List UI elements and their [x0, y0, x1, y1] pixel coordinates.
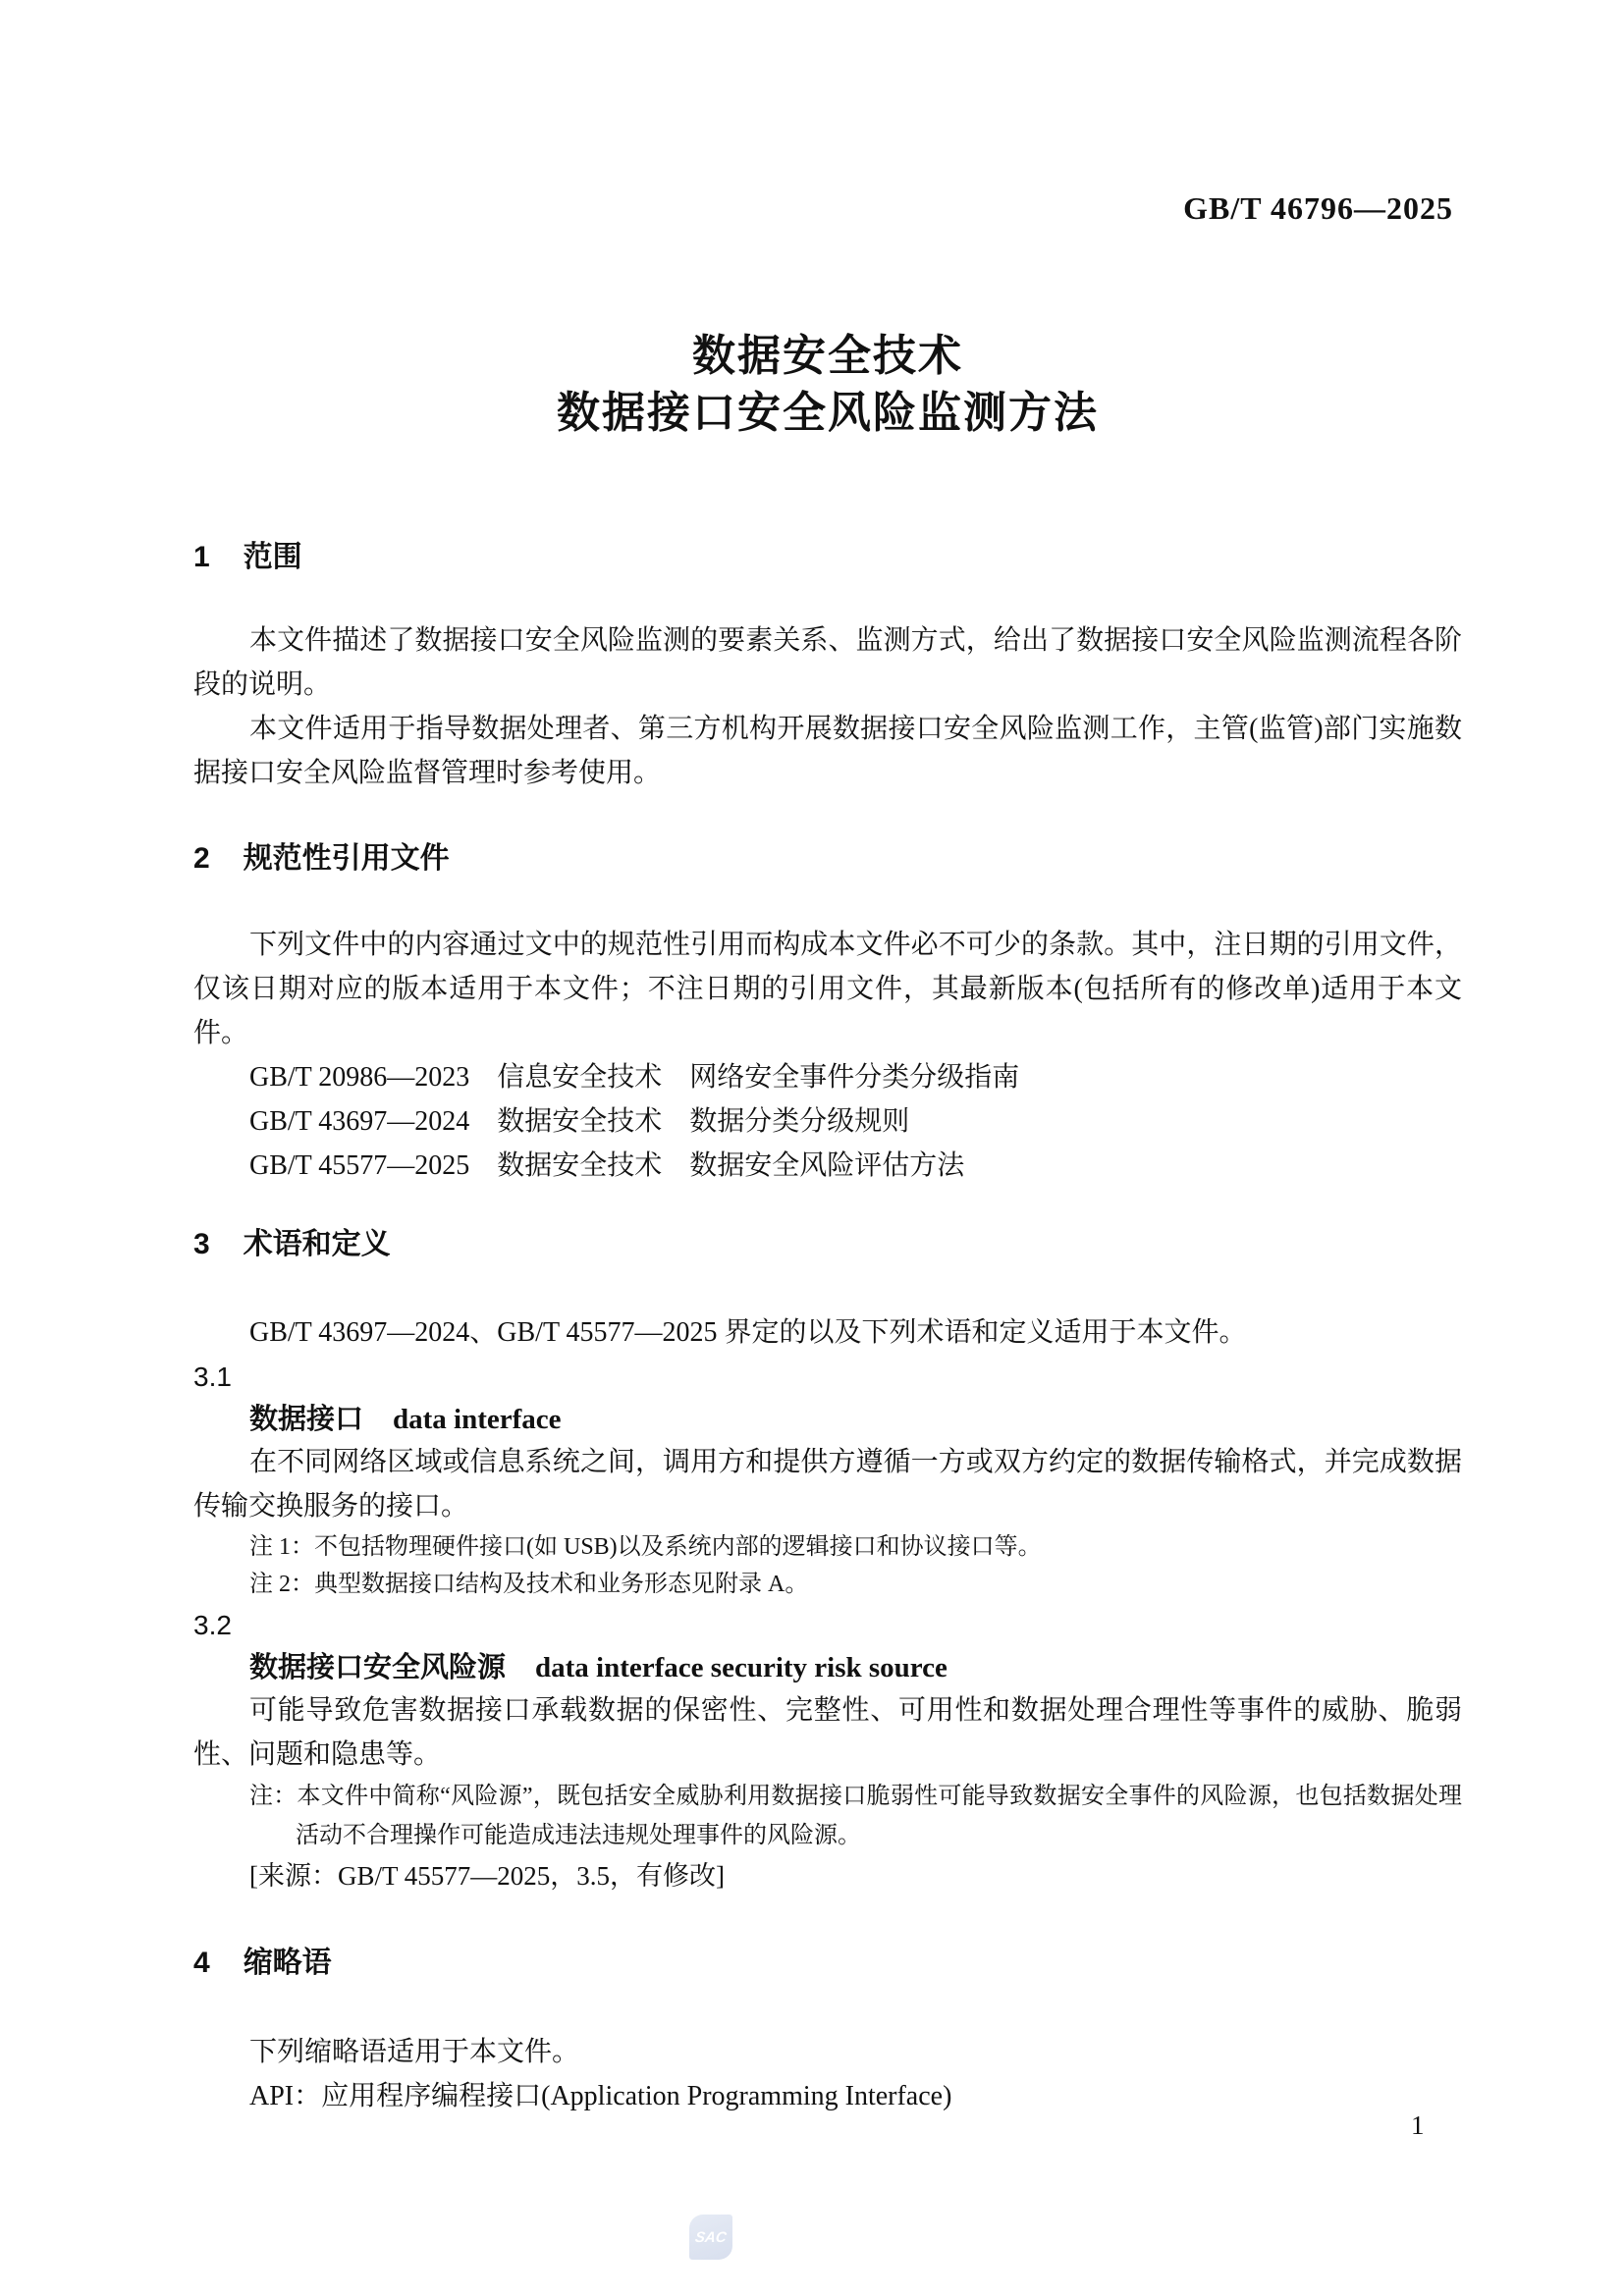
- term-3-2-en: data interface security risk source: [535, 1652, 947, 1683]
- section-1-number: 1: [193, 538, 210, 577]
- term-3-2-zh: 数据接口安全风险源: [249, 1652, 506, 1683]
- sac-logo: SAC: [689, 2215, 732, 2260]
- reference-item: GB/T 20986—2023 信息安全技术 网络安全事件分类分级指南: [193, 1055, 1462, 1099]
- section-3-heading: 3术语和定义: [193, 1225, 1462, 1264]
- normative-references-intro: 下列文件中的内容通过文中的规范性引用而构成本文件必不可少的条款。其中，注日期的引…: [193, 923, 1462, 1055]
- document-page: GB/T 46796—2025 数据安全技术 数据接口安全风险监测方法 1范围 …: [0, 0, 1624, 2296]
- term-3-2-source: [来源：GB/T 45577—2025，3.5，有修改]: [193, 1855, 1462, 1896]
- sac-logo-text: SAC: [694, 2229, 728, 2246]
- scope-paragraph-1: 本文件描述了数据接口安全风险监测的要素关系、监测方式，给出了数据接口安全风险监测…: [193, 618, 1462, 707]
- term-3-1-zh: 数据接口: [249, 1404, 363, 1435]
- scope-paragraph-2: 本文件适用于指导数据处理者、第三方机构开展数据接口安全风险监测工作，主管(监管)…: [193, 707, 1462, 795]
- section-3-title: 术语和定义: [244, 1228, 391, 1260]
- document-body: 1范围 本文件描述了数据接口安全风险监测的要素关系、监测方式，给出了数据接口安全…: [193, 538, 1462, 2118]
- term-3-1-number: 3.1: [193, 1355, 1462, 1399]
- standard-code: GB/T 46796—2025: [1183, 190, 1453, 227]
- page-number: 1: [1411, 2110, 1425, 2141]
- terms-intro: GB/T 43697—2024、GB/T 45577—2025 界定的以及下列术…: [193, 1310, 1462, 1355]
- term-3-2-entry: 数据接口安全风险源data interface security risk so…: [193, 1647, 1462, 1688]
- section-2-number: 2: [193, 839, 210, 879]
- reference-item: GB/T 43697—2024 数据安全技术 数据分类分级规则: [193, 1099, 1462, 1144]
- term-3-1-note-2: 注 2：典型数据接口结构及技术和业务形态见附录 A。: [193, 1566, 1462, 1603]
- abbreviation-item: API：应用程序编程接口(Application Programming Int…: [193, 2074, 1462, 2118]
- section-1-heading: 1范围: [193, 538, 1462, 577]
- section-1-title: 范围: [244, 541, 302, 573]
- section-4-title: 缩略语: [244, 1947, 332, 1979]
- section-4-number: 4: [193, 1944, 210, 1983]
- section-3-number: 3: [193, 1225, 210, 1264]
- abbreviations-intro: 下列缩略语适用于本文件。: [193, 2030, 1462, 2074]
- term-3-1-entry: 数据接口data interface: [193, 1399, 1462, 1440]
- section-2-heading: 2规范性引用文件: [193, 839, 1462, 879]
- section-2-title: 规范性引用文件: [244, 842, 450, 875]
- reference-item: GB/T 45577—2025 数据安全技术 数据安全风险评估方法: [193, 1144, 1462, 1188]
- term-3-1-en: data interface: [393, 1404, 562, 1435]
- term-3-1-definition: 在不同网络区域或信息系统之间，调用方和提供方遵循一方或双方约定的数据传输格式，并…: [193, 1440, 1462, 1528]
- title-line-2: 数据接口安全风险监测方法: [193, 385, 1462, 442]
- term-3-2-definition: 可能导致危害数据接口承载数据的保密性、完整性、可用性和数据处理合理性等事件的威胁…: [193, 1688, 1462, 1777]
- term-3-2-number: 3.2: [193, 1603, 1462, 1647]
- term-3-1-note-1: 注 1：不包括物理硬件接口(如 USB)以及系统内部的逻辑接口和协议接口等。: [193, 1528, 1462, 1566]
- term-3-2-note: 注：本文件中简称“风险源”，既包括安全威胁利用数据接口脆弱性可能导致数据安全事件…: [193, 1777, 1462, 1855]
- section-4-heading: 4缩略语: [193, 1944, 1462, 1983]
- title-line-1: 数据安全技术: [193, 328, 1462, 385]
- document-title: 数据安全技术 数据接口安全风险监测方法: [193, 328, 1462, 442]
